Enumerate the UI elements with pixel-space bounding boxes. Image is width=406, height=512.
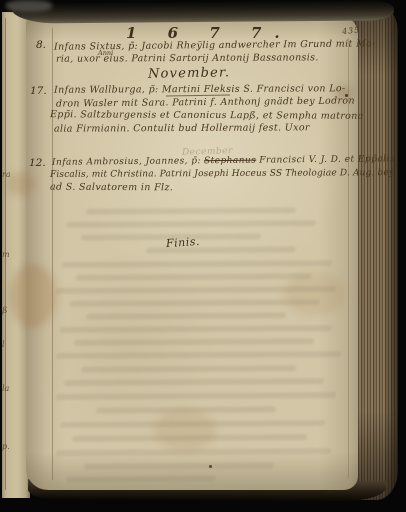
bleedthrough-line — [60, 420, 326, 428]
bleedthrough-line — [74, 338, 315, 346]
cut-off-text-fragment: m — [2, 250, 10, 259]
bleedthrough-line — [62, 260, 333, 268]
bleedthrough-line — [64, 378, 325, 386]
entry-text-line: ria, uxor eius. Patrini Sartorij Antonij… — [56, 52, 319, 64]
cut-off-text-fragment: la — [2, 384, 9, 393]
entry-text-line: Infans Ambrosius, Joannes, p̃:StephanusF… — [52, 154, 395, 168]
bleedthrough-line — [86, 312, 287, 319]
bleedthrough-line — [66, 220, 317, 228]
bleedthrough-line — [66, 475, 217, 482]
entry-text-line: Epp̃i. Saltzburgensis et Canonicus Lapß,… — [50, 109, 364, 122]
entry-text-line: ad S. Salvatorem in Flz. — [50, 182, 173, 194]
bleedthrough-line — [84, 462, 275, 469]
entry-day-number: 12. — [29, 157, 46, 169]
entry-text-line: alia Firmianin. Contulit bud Hollermaij … — [54, 122, 310, 134]
bleedthrough-line — [60, 325, 333, 333]
stain — [6, 172, 36, 196]
entry-text-segment: Infans Ambrosius, Joannes, p̃: — [52, 156, 201, 168]
entry-text-segment: Francisci V. J. D. et Epp̃alis — [259, 154, 395, 165]
stain — [10, 264, 56, 328]
scanned-book-page: ra m ß l la p. — [0, 0, 406, 512]
entry-text-line: Fiscalis, mit Christina. Patrini Josephi… — [50, 168, 394, 180]
cut-off-text-fragment: l — [2, 340, 5, 349]
entry-day-number: 8. — [36, 39, 46, 51]
entry-day-number: 17. — [30, 85, 47, 97]
book-top-edge — [12, 0, 394, 23]
bleedthrough-line — [56, 392, 337, 400]
bleedthrough-line — [56, 351, 342, 359]
bleedthrough-line — [72, 434, 308, 442]
bleedthrough-line — [86, 207, 297, 214]
binding-fragment — [6, 0, 52, 12]
left-margin-rule — [52, 28, 53, 480]
bleedthrough-line — [96, 406, 277, 413]
cut-off-text-fragment: ß — [2, 306, 7, 315]
bleedthrough-line — [70, 299, 321, 307]
manuscript-page: 1 6 7 7. 435. 8. Infans Sixtus, p̃: Jaco… — [26, 16, 358, 490]
month-header: November. — [148, 65, 231, 81]
closing-word: Finis. — [166, 235, 201, 250]
bleedthrough-line — [76, 273, 312, 281]
struck-out-word: Stephanus — [204, 156, 256, 167]
stain — [154, 409, 216, 451]
bleedthrough-line — [56, 448, 332, 456]
bleedthrough-line — [81, 365, 297, 373]
entry-text-line: dron Wasler mit Sara. Patrini f. Anthonj… — [56, 95, 355, 109]
entry-text-line: Infans Wallburga, p̃: Martini Fleksis S.… — [54, 83, 346, 96]
cut-off-text-fragment: p. — [2, 442, 10, 451]
